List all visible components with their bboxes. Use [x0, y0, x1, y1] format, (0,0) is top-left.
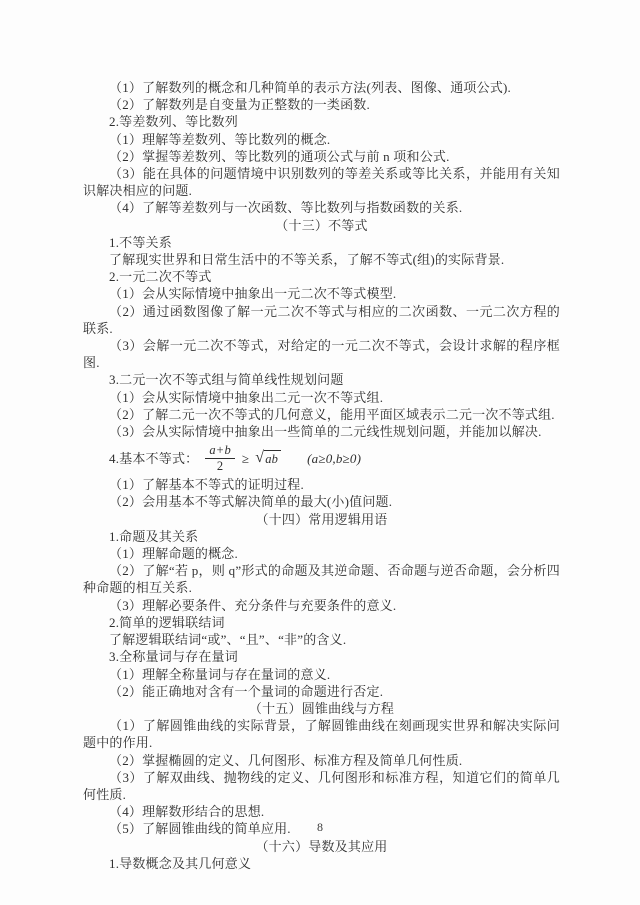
doc-line: （1）理解全称量词与存在量词的意义. — [83, 666, 560, 683]
doc-line: （3）了解双曲线、抛物线的定义、几何图形和标准方程，知道它们的简单几何性质. — [83, 769, 560, 803]
doc-line: （2）能正确地对含有一个量词的命题进行否定. — [83, 683, 560, 700]
square-root: √ ab — [255, 450, 281, 466]
doc-line: （3）会从实际情境中抽象出一些简单的二元线性规划问题，并能加以解决. — [83, 423, 560, 440]
document-content: （1）了解数列的概念和几种简单的表示方法(列表、图像、通项公式). （2）了解数… — [83, 79, 560, 872]
section-heading-16: （十六）导数及其应用 — [83, 838, 560, 855]
fraction-denominator: 2 — [205, 459, 235, 473]
doc-line: 了解逻辑联结词“或”、“且”、“非”的含义. — [83, 631, 560, 648]
doc-line: 1.导数概念及其几何意义 — [83, 855, 560, 872]
document-page: （1）了解数列的概念和几种简单的表示方法(列表、图像、通项公式). （2）了解数… — [0, 0, 640, 905]
greater-equal-sign: ≥ — [242, 450, 249, 467]
doc-line: 2.等差数列、等比数列 — [83, 113, 560, 130]
section-heading-15: （十五）圆锥曲线与方程 — [83, 700, 560, 717]
formula-condition: (a≥0,b≥0) — [307, 450, 361, 467]
fraction: a+b 2 — [205, 443, 235, 474]
doc-line: （1）了解数列的概念和几种简单的表示方法(列表、图像、通项公式). — [83, 79, 560, 96]
doc-line: 3.全称量词与存在量词 — [83, 648, 560, 665]
doc-line: （3）能在具体的问题情境中识别数列的等差关系或等比关系，并能用有关知识解决相应的… — [83, 165, 560, 199]
doc-line: 3.二元一次不等式组与简单线性规划问题 — [83, 371, 560, 388]
doc-line: （1）会从实际情境中抽象出二元一次不等式组. — [83, 389, 560, 406]
radical-icon: √ — [255, 451, 264, 465]
doc-line: （2）会用基本不等式解决简单的最大(小)值问题. — [83, 493, 560, 510]
fraction-numerator: a+b — [205, 443, 235, 459]
doc-line: 了解现实世界和日常生活中的不等关系，了解不等式(组)的实际背景. — [83, 251, 560, 268]
doc-line: 1.命题及其关系 — [83, 528, 560, 545]
doc-line: （2）了解“若 p，则 q”形式的命题及其逆命题、否命题与逆否命题，会分析四种命… — [83, 562, 560, 596]
page-number: 8 — [0, 820, 640, 835]
doc-line: （1）理解等差数列、等比数列的概念. — [83, 131, 560, 148]
section-heading-13: （十三）不等式 — [83, 217, 560, 234]
doc-line: （2）通过函数图像了解一元二次不等式与相应的二次函数、一元二次方程的联系. — [83, 303, 560, 337]
radicand: ab — [264, 450, 281, 466]
doc-line: （1）了解基本不等式的证明过程. — [83, 476, 560, 493]
doc-line: （1）会从实际情境中抽象出一元二次不等式模型. — [83, 285, 560, 302]
formula-basic-inequality: 4.基本不等式： a+b 2 ≥ √ ab (a≥0,b≥0) — [83, 440, 560, 476]
doc-line: （4）理解数形结合的思想. — [83, 803, 560, 820]
doc-line: （4）了解等差数列与一次函数、等比数列与指数函数的关系. — [83, 199, 560, 216]
doc-line: （2）了解数列是自变量为正整数的一类函数. — [83, 96, 560, 113]
doc-line: （2）掌握等差数列、等比数列的通项公式与前 n 项和公式. — [83, 148, 560, 165]
doc-line: （3）理解必要条件、充分条件与充要条件的意义. — [83, 597, 560, 614]
doc-line: （2）掌握椭圆的定义、几何图形、标准方程及简单几何性质. — [83, 752, 560, 769]
doc-line: （1）理解命题的概念. — [83, 545, 560, 562]
doc-line: （3）会解一元二次不等式，对给定的一元二次不等式，会设计求解的程序框图. — [83, 337, 560, 371]
doc-line: （2）了解二元一次不等式的几何意义，能用平面区域表示二元一次不等式组. — [83, 406, 560, 423]
doc-line: 2.简单的逻辑联结词 — [83, 614, 560, 631]
doc-line: （1）了解圆锥曲线的实际背景，了解圆锥曲线在刻画现实世界和解决实际问题中的作用. — [83, 717, 560, 751]
doc-line: 1.不等关系 — [83, 234, 560, 251]
formula-prefix: 4.基本不等式： — [109, 450, 198, 467]
section-heading-14: （十四）常用逻辑用语 — [83, 511, 560, 528]
doc-line: 2.一元二次不等式 — [83, 268, 560, 285]
